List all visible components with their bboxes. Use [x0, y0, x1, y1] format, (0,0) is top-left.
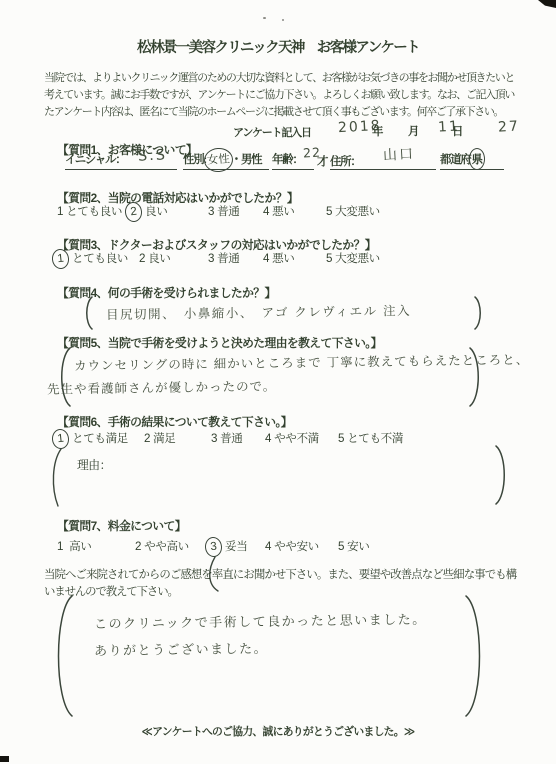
q2-option-5: 5大変悪い [326, 203, 380, 219]
date-day-value: 27 [498, 118, 521, 135]
q7-option-5: 5安い [338, 538, 369, 554]
gender-male: 男性 [241, 154, 261, 166]
gender-label: 性別: [183, 154, 206, 166]
q6-option-4: 4やや不満 [265, 430, 319, 446]
q1-initial-field: イニシャル： S.S [65, 150, 177, 170]
intro-text: 当院では、よりよいクリニック運営のための大切な資料として、お客様がお気づきの事を… [44, 70, 514, 121]
q3-option-2: 2良い [139, 250, 170, 266]
q3-option-1-selected: 1とても良い [56, 250, 128, 267]
q2-option-3: 3普通 [208, 203, 239, 219]
q7-option-4: 4やや安い [265, 538, 319, 554]
circle-annotation: 1 [51, 248, 70, 270]
q6-option-3: 3普通 [211, 430, 242, 446]
scan-speck [282, 19, 284, 21]
q7-option-2: 2やや高い [135, 538, 189, 554]
q1-prefecture-field: 都道府県 [440, 150, 504, 170]
feedback-prompt: 当院へご来院されてからのご感想を率直にお聞かせ下さい。また、要望や改善点など些細… [44, 567, 516, 601]
address-label: 住所： [330, 156, 361, 168]
date-day-unit: 日 [452, 123, 463, 139]
circle-annotation: 1 [51, 428, 70, 450]
q6-reason-label: 理由： [77, 456, 111, 473]
age-label: 年齢： [272, 154, 303, 166]
q2-option-4: 4悪い [263, 203, 294, 219]
bracket-left [56, 347, 72, 407]
q3-option-5: 5大変悪い [326, 250, 380, 266]
q6-option-2: 2満足 [144, 430, 175, 446]
q3-option-4: 4悪い [263, 250, 294, 266]
q2-option-1: 1とても良い [57, 203, 122, 219]
q1-gender-field: 性別:女性・男性 [183, 150, 269, 170]
q7-heading: 【質問7、料金について】 [57, 517, 186, 534]
bracket-right [494, 445, 510, 505]
age-unit: 才 [317, 153, 327, 169]
q6-option-1-selected: 1とても満足 [56, 430, 128, 447]
comment-line2-handwriting: ありがとうございました。 [94, 638, 268, 659]
footer-thanks: ≪アンケートへのご協力、誠にありがとうございました。≫ [0, 724, 556, 739]
bracket-right [464, 595, 488, 717]
q6-heading: 【質問6、手術の結果について教えて下さい。】 [57, 413, 292, 430]
bracket-right [473, 296, 485, 330]
page-title: 松林景一美容クリニック天神 お客様アンケート [0, 36, 556, 57]
q7-option-1: 1高い [57, 538, 91, 554]
q5-heading: 【質問5、当院で手術を受けようと決めた理由を教えて下さい。】 [57, 334, 382, 351]
date-month-unit: 月 [408, 123, 419, 139]
q1-address-field: 住所：山口 [330, 150, 436, 170]
q4-answer-handwriting: 目尻切開、 小鼻縮小、 アゴ クレヴィエル 注入 [106, 301, 411, 323]
initial-label: イニシャル： [65, 154, 125, 166]
scan-speck [263, 17, 266, 19]
q3-option-3: 3普通 [208, 250, 239, 266]
q6-option-5: 5とても不満 [338, 430, 403, 446]
circle-annotation: 3 [204, 536, 223, 558]
circle-annotation: 2 [124, 201, 143, 223]
date-label: アンケート記入日 [233, 124, 311, 140]
initial-value: S.S [138, 147, 168, 164]
q5-answer-line2-handwriting: 先生や看護師さんが優しかったので。 [47, 376, 276, 397]
q2-option-2-selected: 2良い [129, 203, 167, 220]
bracket-left [82, 296, 94, 330]
q5-answer-line1-handwriting: カウンセリングの時に 細かいところまで 丁寧に教えてもらえたところと、 [74, 350, 529, 374]
q1-age-field: 年齢：22 [272, 150, 314, 170]
bracket-left [50, 595, 74, 717]
address-value: 山口 [382, 143, 415, 165]
gender-female-circle-annotation: 女性 [203, 147, 233, 173]
prefecture-label: 都道府 [440, 154, 471, 166]
scan-artifact-bottom-left [0, 756, 9, 762]
scanned-survey-page: 松林景一美容クリニック天神 お客様アンケート 当院では、よりよいクリニック運営の… [0, 0, 556, 764]
prefecture-circle-annotation: 県 [469, 148, 485, 170]
circle-tail-annotation [50, 448, 64, 508]
q7-option-3-selected: 3妥当 [209, 538, 247, 555]
comment-line1-handwriting: このクリニックで手術して良かったと思いました。 [94, 609, 427, 633]
date-year-unit: 年 [372, 123, 383, 139]
scan-artifact-top-right [536, 0, 556, 8]
